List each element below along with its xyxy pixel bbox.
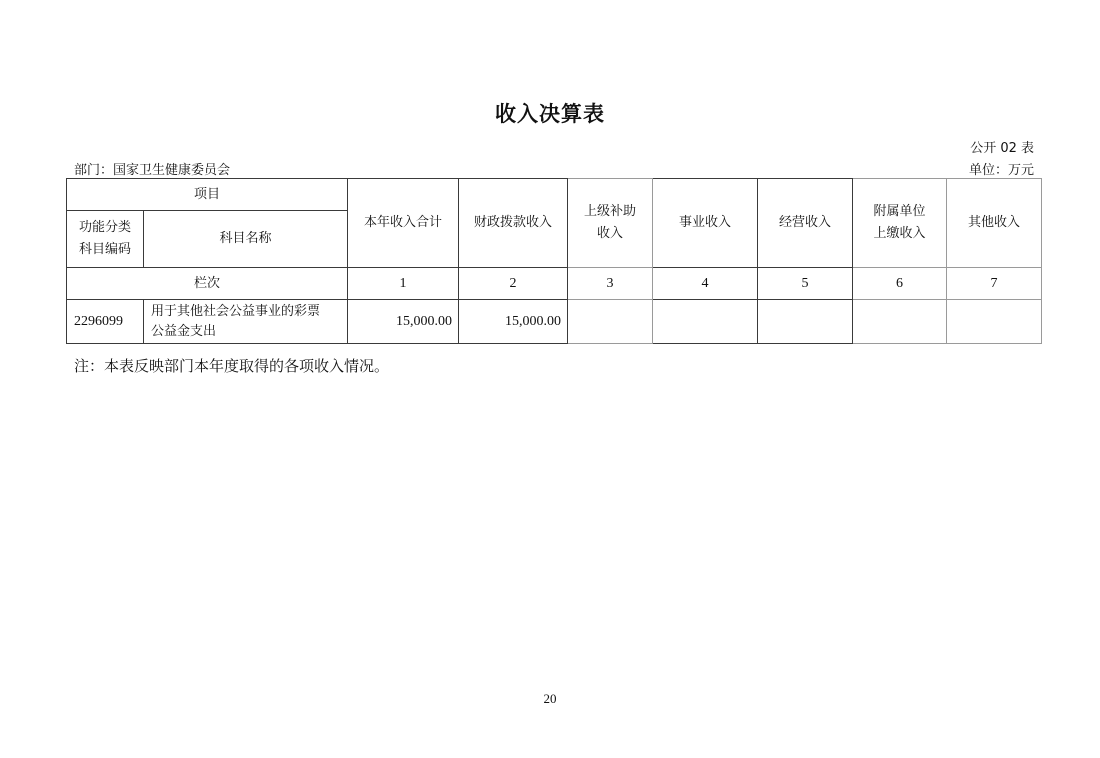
header-col-7: 其他收入 [947, 179, 1042, 268]
page-title: 收入决算表 [0, 98, 1100, 128]
header-col-7-line1: 其他收入 [951, 212, 1037, 234]
header-col-1: 本年收入合计 [348, 179, 459, 268]
row-fiscal-appropriation: 15,000.00 [459, 300, 568, 344]
index-2: 2 [459, 268, 568, 300]
header-col-6: 附属单位 上缴收入 [853, 179, 947, 268]
income-table: 项目 本年收入合计 财政拨款收入 上级补助 收入 事业收入 经营收入 附属单位 … [66, 178, 1042, 344]
header-col-3-line1: 上级补助 [572, 201, 648, 223]
row-superior-subsidy [568, 300, 653, 344]
header-subject-name: 科目名称 [144, 211, 348, 268]
header-project: 项目 [67, 179, 348, 211]
row-code: 2296099 [67, 300, 144, 344]
header-col-3: 上级补助 收入 [568, 179, 653, 268]
index-5: 5 [758, 268, 853, 300]
header-col-6-line2: 上缴收入 [857, 223, 942, 245]
header-col-5: 经营收入 [758, 179, 853, 268]
unit-label: 单位：万元 [969, 159, 1034, 178]
header-col-3-line2: 收入 [572, 223, 648, 245]
index-4: 4 [653, 268, 758, 300]
header-col-5-line1: 经营收入 [762, 212, 848, 234]
header-func-code-line1: 功能分类 [71, 217, 139, 239]
row-affiliated-remittance [853, 300, 947, 344]
index-7: 7 [947, 268, 1042, 300]
header-row-1: 项目 本年收入合计 财政拨款收入 上级补助 收入 事业收入 经营收入 附属单位 … [67, 179, 1042, 211]
header-col-4-line1: 事业收入 [657, 212, 753, 234]
index-3: 3 [568, 268, 653, 300]
row-total-income: 15,000.00 [348, 300, 459, 344]
row-subject-name: 用于其他社会公益事业的彩票 公益金支出 [144, 300, 348, 344]
row-subject-name-line2: 公益金支出 [151, 322, 343, 342]
index-6: 6 [853, 268, 947, 300]
index-label: 栏次 [67, 268, 348, 300]
header-col-6-line1: 附属单位 [857, 201, 942, 223]
row-business-income [653, 300, 758, 344]
header-func-code-line2: 科目编码 [71, 239, 139, 261]
header-col-1-line1: 本年收入合计 [352, 212, 454, 234]
table-note: 注：本表反映部门本年度取得的各项收入情况。 [74, 355, 389, 376]
row-operating-income [758, 300, 853, 344]
table-row: 2296099 用于其他社会公益事业的彩票 公益金支出 15,000.00 15… [67, 300, 1042, 344]
header-col-2: 财政拨款收入 [459, 179, 568, 268]
row-other-income [947, 300, 1042, 344]
index-1: 1 [348, 268, 459, 300]
index-row: 栏次 1 2 3 4 5 6 7 [67, 268, 1042, 300]
page-number: 20 [0, 691, 1100, 707]
row-subject-name-line1: 用于其他社会公益事业的彩票 [151, 302, 343, 322]
form-code: 公开 02 表 [970, 137, 1034, 156]
header-func-code: 功能分类 科目编码 [67, 211, 144, 268]
department-label: 部门：国家卫生健康委员会 [74, 159, 230, 178]
header-col-2-line1: 财政拨款收入 [463, 212, 563, 234]
header-col-4: 事业收入 [653, 179, 758, 268]
